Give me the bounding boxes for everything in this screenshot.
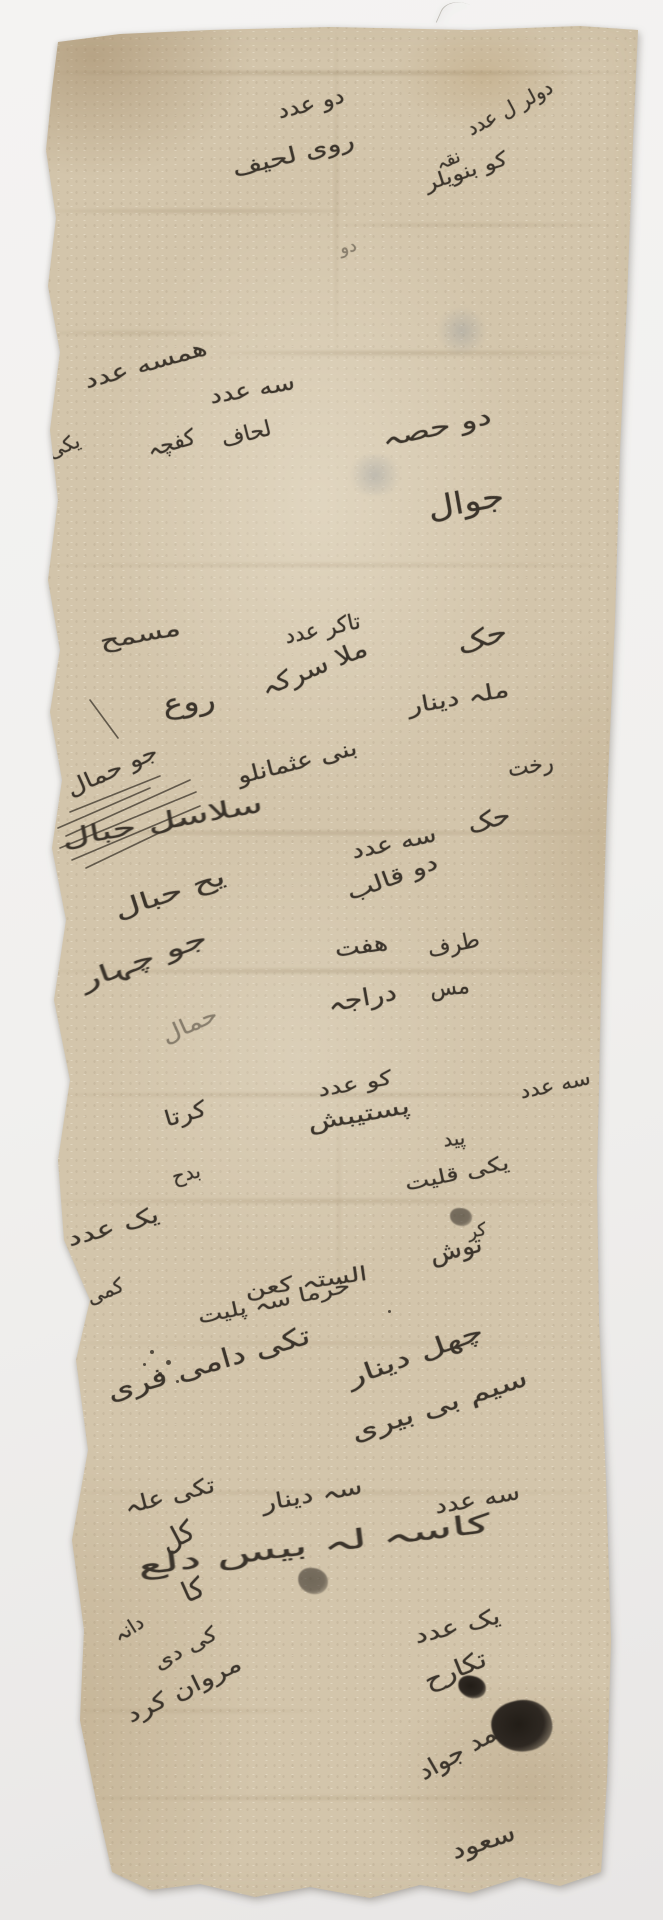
handwriting-item: یک عدد [65,1203,162,1253]
handwriting-item: دو حصہ [379,402,494,453]
ink-blot [450,1208,472,1226]
horizontal-fold-crease [210,350,620,356]
handwriting-item: حمال [158,1002,222,1049]
handwriting-item: ملا سرکہ [257,634,372,702]
ink-blot [486,1693,557,1759]
horizontal-fold-crease [70,1795,570,1801]
handwriting-item: سہ دینار [260,1475,364,1517]
photo-backdrop: { "colors":{ "backdrop":"#f1f0ee", "pape… [0,0,663,1920]
vertical-fold-crease [333,30,339,360]
handwriting-item: مروان کرد [123,1651,246,1728]
handwriting-item: تکی علہ [122,1473,218,1520]
ink-speckle [166,1360,171,1365]
handwriting-item: مسمح [98,616,183,655]
handwriting-item: رخت [506,750,555,783]
handwriting-item: جو چہار [77,924,211,996]
horizontal-fold-crease [50,1198,600,1204]
horizontal-fold-crease [48,562,608,568]
faint-smudge [345,455,405,495]
handwriting-item: ملہ دینار [406,677,511,719]
handwriting-item: بنی عثمانلو [235,736,360,790]
horizontal-fold-crease [65,1708,325,1714]
handwriting-item: جو حمال [63,740,162,802]
handwriting-item: دو [338,235,358,259]
manuscript-paper: دو عدددولر ل عددنقہروی لحیفکو بنویلردوهم… [0,0,663,1920]
ink-blot [297,1567,329,1596]
handwriting-item: حک [453,617,511,661]
horizontal-fold-crease [330,222,610,228]
handwriting-item: مس [429,974,471,1003]
handwriting-item: یح حبال [111,862,229,924]
handwriting-item: دراجہ [326,978,399,1018]
faint-smudge [438,305,486,357]
handwriting-item: لحاف [219,416,274,452]
handwriting-item: یکی قلیت [403,1150,512,1196]
ink-speckle [158,1372,162,1376]
ink-speckle [176,1380,179,1383]
handwriting-item: سه عدد [208,370,297,410]
handwriting-item: سعود [448,1818,519,1865]
handwriting-item: چهل دینار [343,1317,487,1392]
handwriting-item: توش [427,1230,485,1270]
horizontal-fold-crease [48,208,358,214]
handwriting-item: طرف [425,927,482,962]
horizontal-fold-crease [45,330,245,336]
handwriting-item: کرتا [162,1097,210,1133]
handwriting-item: پید [441,1125,466,1152]
handwriting-item: سه عدد [518,1065,593,1103]
handwriting-item: یکی [44,428,84,463]
horizontal-fold-crease [52,1340,597,1346]
handwriting-item: کمی برد [54,1273,128,1321]
handwriting-item: جوال [425,479,507,527]
handwriting-item: دولر ل عدد [462,75,557,140]
handwriting-item: هفت [333,931,389,963]
handwriting-item: بدح [169,1158,203,1188]
manuscript-photo: دو عدددولر ل عددنقہروی لحیفکو بنویلردوهم… [0,0,663,1920]
ink-speckle [143,1363,146,1366]
handwriting-item: کفچہ [145,425,199,462]
handwriting-item: روع [161,683,217,721]
handwriting-item: سلاسل حبال [60,790,265,853]
horizontal-fold-crease [52,70,637,76]
ink-speckle [150,1350,154,1354]
handwriting-item: تکی دامی فری [104,1321,314,1408]
ink-speckle [388,1310,391,1313]
handwriting-item: همسه عدد [82,336,210,395]
handwriting-item: دانہ [109,1610,149,1647]
handwriting-item: یک عدد [412,1604,503,1649]
ink-blot [456,1674,487,1701]
handwriting-item: کا [176,1571,209,1610]
handwriting-item: کو بنویلر [421,146,510,195]
